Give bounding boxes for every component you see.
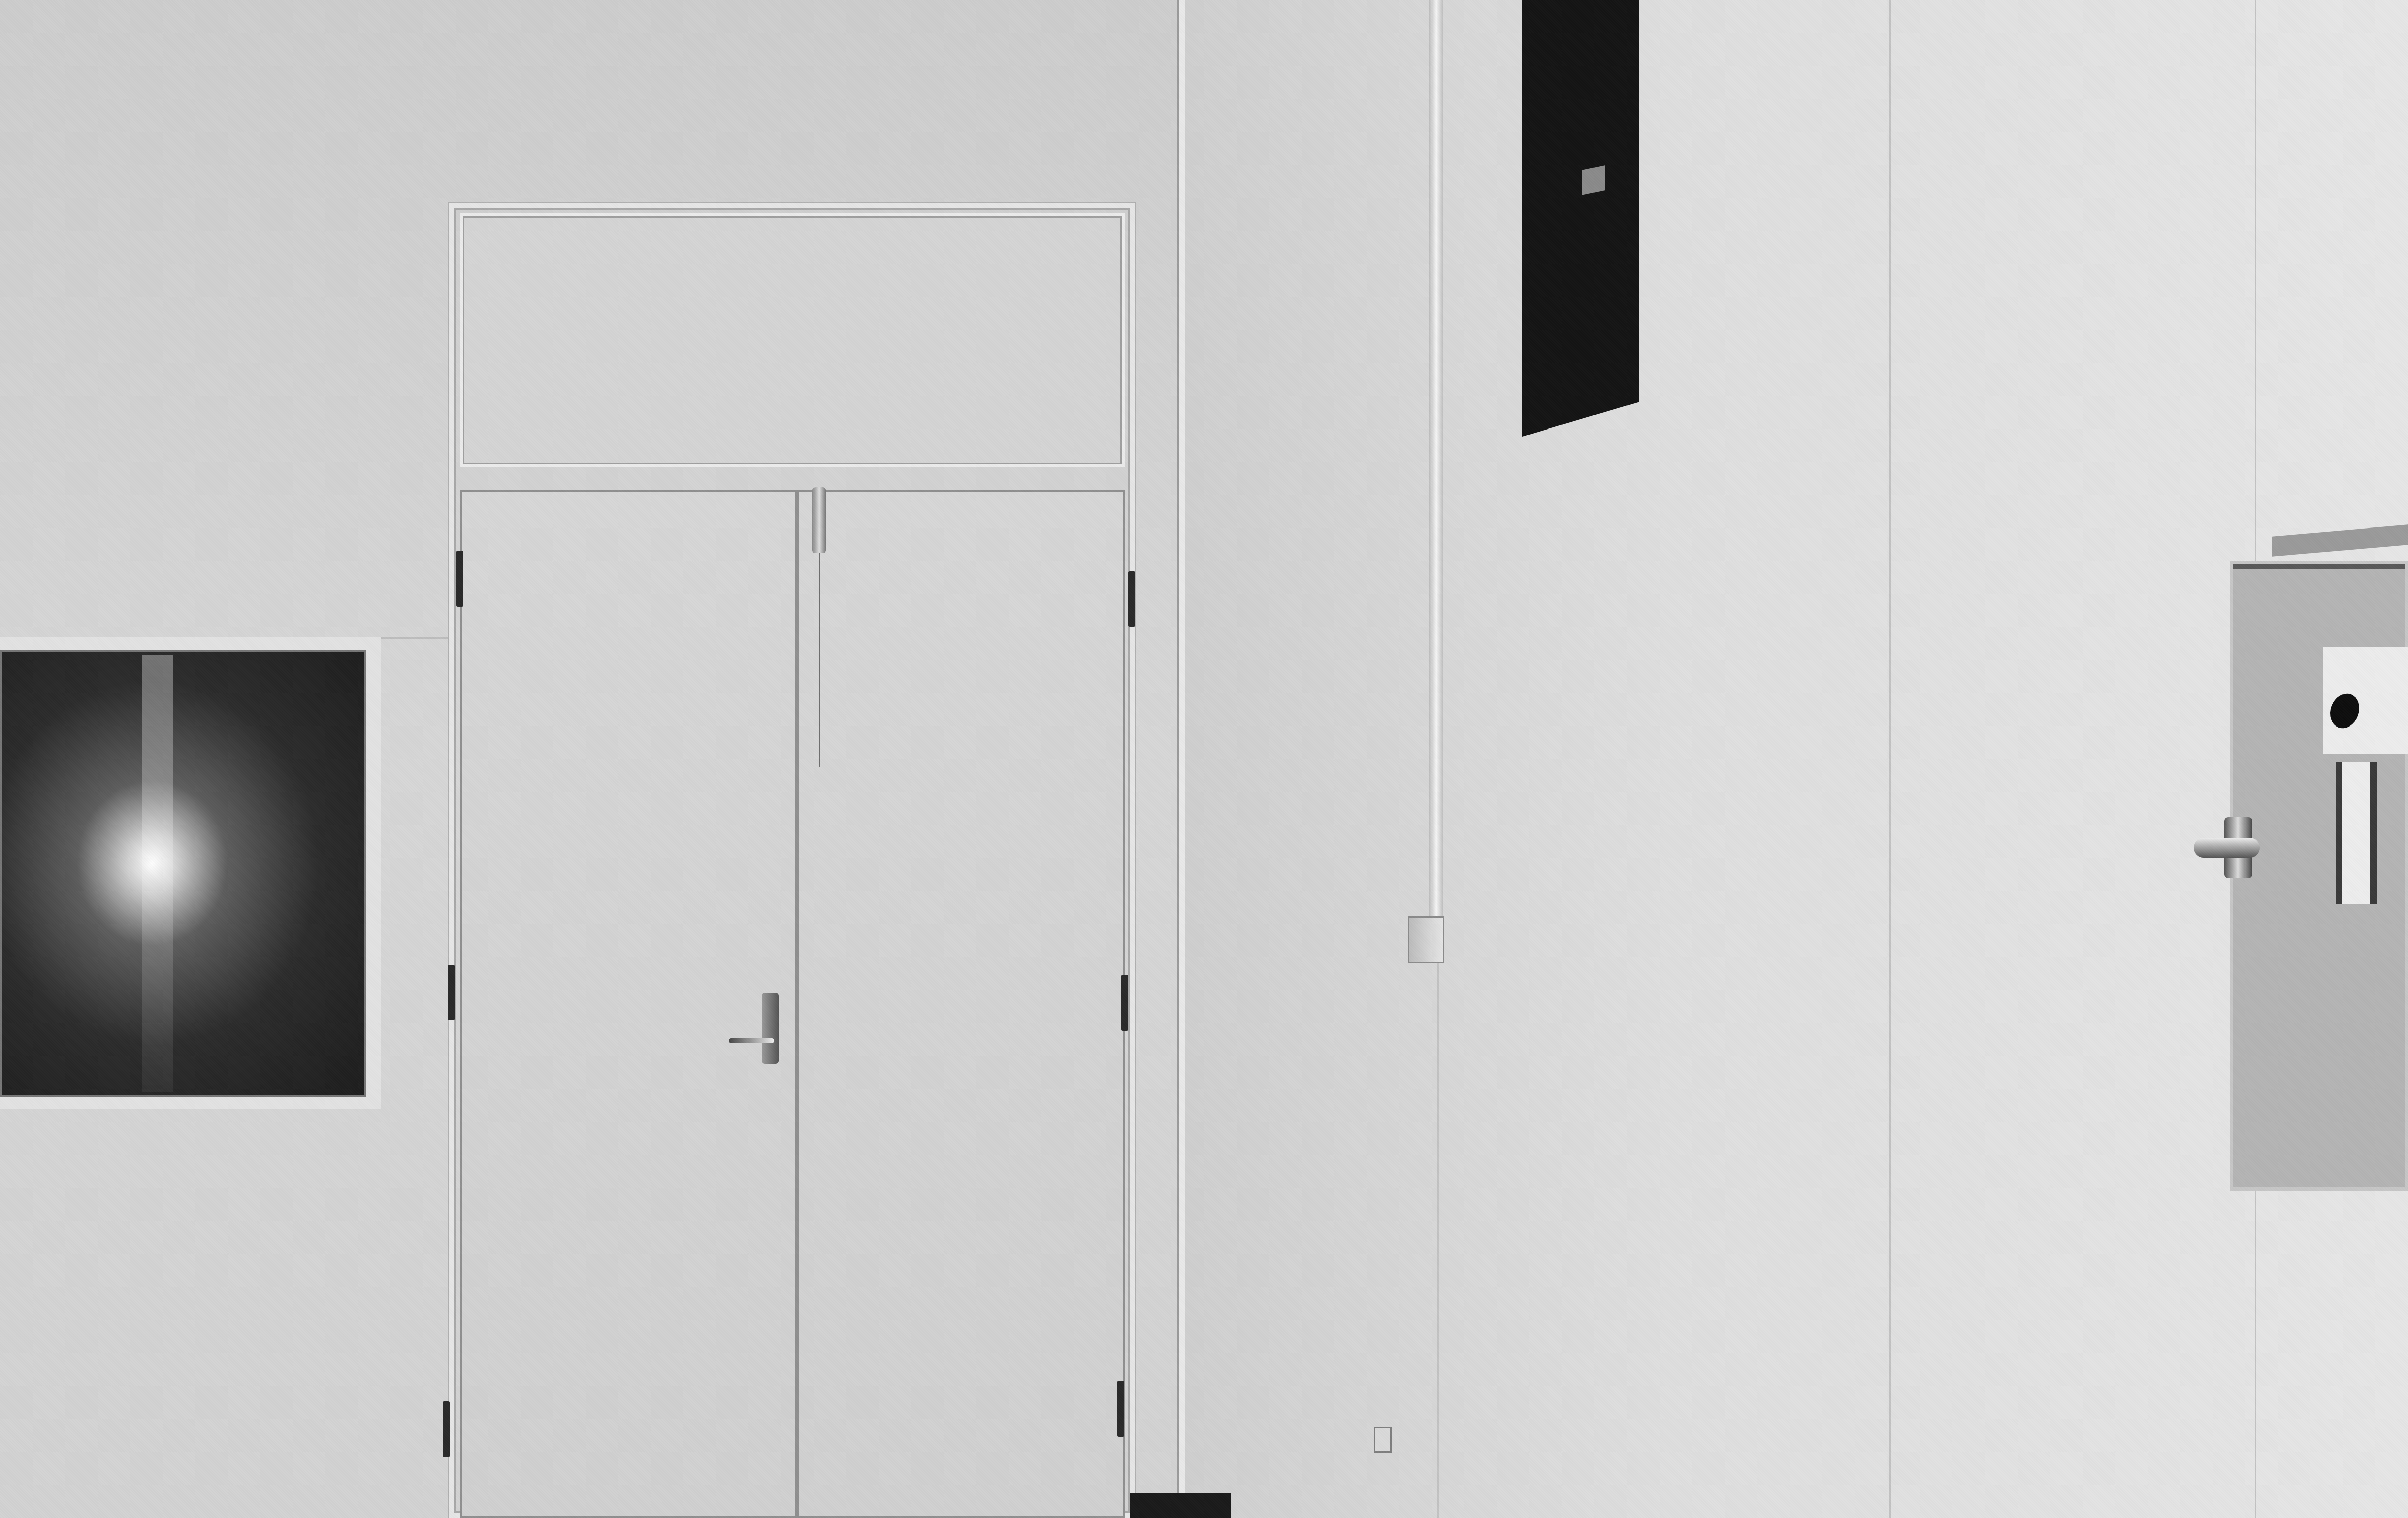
cabinet-handle[interactable]: [2194, 838, 2260, 858]
interior-window-glass: [0, 650, 366, 1097]
dark-wall-panel: [1522, 0, 1639, 437]
wall-corner: [1177, 0, 1185, 1518]
panel-label: [1582, 165, 1605, 195]
door-handle-plate: [762, 993, 779, 1064]
photo-scene: [0, 0, 2408, 1518]
junction-box: [1408, 916, 1444, 963]
door-lever-handle[interactable]: [729, 1038, 774, 1043]
floor-object: [1130, 1493, 1231, 1518]
hinge-icon: [1117, 1381, 1124, 1437]
wall-seam: [1889, 0, 1891, 1518]
hinge-icon: [456, 551, 463, 607]
flush-bolt[interactable]: [812, 487, 826, 553]
left-door[interactable]: [460, 490, 797, 1518]
hinge-icon: [443, 1401, 450, 1457]
wall-outlet: [1374, 1427, 1392, 1453]
conduit-pipe: [1429, 0, 1443, 919]
hinge-icon: [1121, 975, 1128, 1031]
hinge-icon: [448, 965, 455, 1020]
cabinet-slot: [2336, 762, 2377, 904]
transom-panel: [460, 213, 1125, 467]
light-reflection: [142, 655, 173, 1092]
bolt-chain: [819, 553, 820, 767]
hinge-icon: [1128, 571, 1135, 627]
right-door[interactable]: [797, 490, 1125, 1518]
right-wall: [1183, 0, 2408, 1518]
